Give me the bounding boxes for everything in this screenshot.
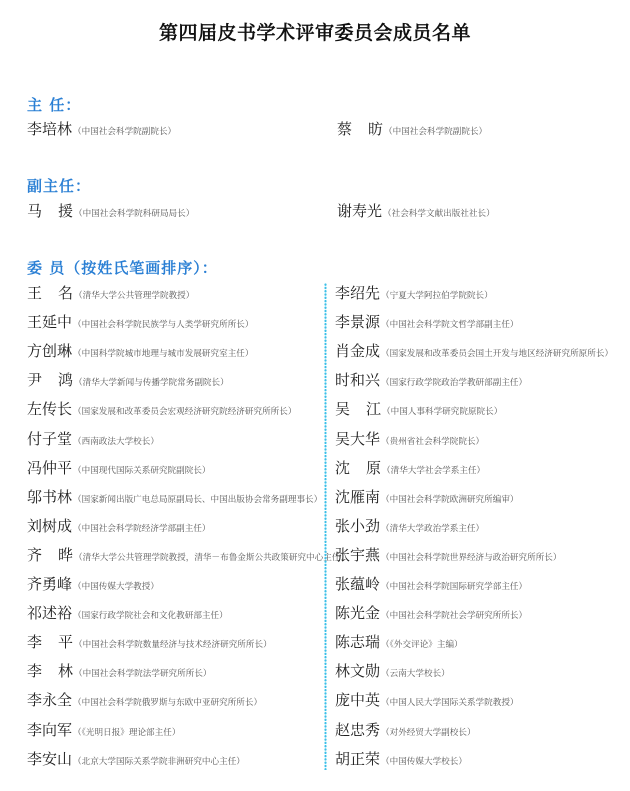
committee-member: 祁述裕（国家行政学院社会和文化教研部主任） (27, 602, 228, 623)
column-divider (324, 283, 327, 770)
member-role: （国家行政学院社会和文化教研部主任） (73, 609, 228, 621)
member-name: 李景源 (335, 311, 380, 332)
member-role: （国家发展和改革委员会宏观经济研究院经济研究所所长） (73, 405, 296, 417)
member-name: 张蕴岭 (335, 573, 380, 594)
member-name: 王延中 (27, 311, 72, 332)
member-role: （清华大学政治学系主任） (381, 522, 484, 534)
member-name: 左传长 (27, 398, 72, 419)
member-name: 李永全 (27, 689, 72, 710)
director-entry: 李培林 （中国社会科学院副院长） (27, 118, 176, 139)
member-name: 李安山 (27, 748, 72, 769)
member-role: （西南政法大学校长） (73, 435, 159, 447)
member-name: 胡正荣 (335, 748, 380, 769)
member-role: （北京大学国际关系学院非洲研究中心主任） (73, 755, 245, 767)
member-name: 李向军 (27, 719, 72, 740)
member-role: （中国人事科学研究院原院长） (382, 405, 502, 417)
committee-member: 吴江（中国人事科学研究院原院长） (335, 398, 502, 419)
member-role: （宁夏大学阿拉伯学院院长） (381, 289, 493, 301)
member-role: （中国人民大学国际关系学院教授） (381, 696, 519, 708)
member-name: 张宇燕 (335, 544, 380, 565)
member-name: 谢寿光 (337, 200, 382, 221)
committee-member: 齐勇峰（中国传媒大学教授） (27, 573, 159, 594)
committee-member: 李永全（中国社会科学院俄罗斯与东欧中亚研究所所长） (27, 689, 262, 710)
member-name: 李培林 (27, 118, 72, 139)
committee-member: 沈雁南（中国社会科学院欧洲研究所编审） (335, 486, 519, 507)
committee-member: 庞中英（中国人民大学国际关系学院教授） (335, 689, 519, 710)
member-role: （国家新闻出版广电总局原副局长、中国出版协会常务副理事长） (73, 493, 322, 505)
member-name: 方创琳 (27, 340, 72, 361)
member-role: （清华大学公共管理学院教授，清华－布鲁金斯公共政策研究中心主任） (74, 551, 349, 563)
member-role: （对外经贸大学副校长） (381, 726, 476, 738)
member-name: 冯仲平 (27, 457, 72, 478)
member-name: 齐勇峰 (27, 573, 72, 594)
member-name: 肖金成 (335, 340, 380, 361)
committee-heading: 委 员（按姓氏笔画排序）： (27, 257, 218, 278)
committee-member: 王名（清华大学公共管理学院教授） (27, 282, 194, 303)
committee-member: 胡正荣（中国传媒大学校长） (335, 748, 467, 769)
member-role: （中国社会科学院科研局局长） (74, 207, 194, 219)
committee-member: 李向军（《光明日报》理论部主任） (27, 719, 180, 740)
member-role: （中国社会科学院社会学研究所所长） (381, 609, 527, 621)
committee-member: 赵忠秀（对外经贸大学副校长） (335, 719, 476, 740)
committee-member: 齐晔（清华大学公共管理学院教授，清华－布鲁金斯公共政策研究中心主任） (27, 544, 349, 565)
member-name: 祁述裕 (27, 602, 72, 623)
member-role: （中国社会科学院民族学与人类学研究所所长） (73, 318, 253, 330)
member-role: （云南大学校长） (381, 667, 450, 679)
committee-member: 邬书林（国家新闻出版广电总局原副局长、中国出版协会常务副理事长） (27, 486, 322, 507)
member-role: （中国社会科学院法学研究所所长） (74, 667, 212, 679)
member-role: （中国社会科学院副院长） (384, 125, 487, 137)
member-role: （贵州省社会科学院院长） (381, 435, 484, 447)
member-role: （中国社会科学院俄罗斯与东欧中亚研究所所长） (73, 696, 262, 708)
page-title: 第四届皮书学术评审委员会成员名单 (0, 18, 630, 45)
member-role: （国家发展和改革委员会国土开发与地区经济研究所原所长） (381, 347, 613, 359)
member-name: 庞中英 (335, 689, 380, 710)
committee-member: 左传长（国家发展和改革委员会宏观经济研究院经济研究所所长） (27, 398, 296, 419)
director-entry: 蔡昉 （中国社会科学院副院长） (337, 118, 487, 139)
committee-member: 付子堂（西南政法大学校长） (27, 428, 159, 449)
member-role: （国家行政学院政治学教研部副主任） (381, 376, 527, 388)
committee-member: 陈光金（中国社会科学院社会学研究所所长） (335, 602, 527, 623)
committee-member: 冯仲平（中国现代国际关系研究院副院长） (27, 457, 211, 478)
committee-member: 张宇燕（中国社会科学院世界经济与政治研究所所长） (335, 544, 562, 565)
deputy-director-heading: 副主任： (27, 175, 91, 196)
member-name: 陈光金 (335, 602, 380, 623)
member-role: （中国社会科学院经济学部副主任） (73, 522, 211, 534)
committee-member: 沈原（清华大学社会学系主任） (335, 457, 485, 478)
committee-member: 王延中（中国社会科学院民族学与人类学研究所所长） (27, 311, 254, 332)
member-role: （清华大学新闻与传播学院常务副院长） (74, 376, 229, 388)
member-role: （中国社会科学院国际研究学部主任） (381, 580, 527, 592)
member-role: （中国社会科学院文哲学部副主任） (381, 318, 519, 330)
committee-member: 李绍先（宁夏大学阿拉伯学院院长） (335, 282, 493, 303)
member-role: （清华大学社会学系主任） (382, 464, 485, 476)
committee-member: 李安山（北京大学国际关系学院非洲研究中心主任） (27, 748, 245, 769)
member-name: 陈志瑞 (335, 631, 380, 652)
committee-member: 陈志瑞（《外交评论》主编） (335, 631, 463, 652)
member-role: （《外交评论》主编） (381, 638, 463, 650)
director-heading: 主 任： (27, 94, 81, 115)
committee-member: 张蕴岭（中国社会科学院国际研究学部主任） (335, 573, 527, 594)
member-name: 沈雁南 (335, 486, 380, 507)
committee-member: 尹鸿（清华大学新闻与传播学院常务副院长） (27, 369, 229, 390)
committee-member: 刘树成（中国社会科学院经济学部副主任） (27, 515, 211, 536)
committee-member: 时和兴（国家行政学院政治学教研部副主任） (335, 369, 527, 390)
committee-member: 林文勋（云南大学校长） (335, 660, 450, 681)
member-role: （中国社会科学院副院长） (73, 125, 176, 137)
member-role: （清华大学公共管理学院教授） (74, 289, 194, 301)
member-name: 吴大华 (335, 428, 380, 449)
member-name: 李绍先 (335, 282, 380, 303)
committee-member: 李林（中国社会科学院法学研究所所长） (27, 660, 212, 681)
member-role: （社会科学文献出版社社长） (383, 207, 495, 219)
member-role: （中国现代国际关系研究院副院长） (73, 464, 211, 476)
member-role: （《光明日报》理论部主任） (73, 726, 180, 738)
member-role: （中国传媒大学教授） (73, 580, 159, 592)
member-role: （中国社会科学院欧洲研究所编审） (381, 493, 519, 505)
member-name: 赵忠秀 (335, 719, 380, 740)
member-name: 时和兴 (335, 369, 380, 390)
committee-member: 李景源（中国社会科学院文哲学部副主任） (335, 311, 519, 332)
member-role: （中国社会科学院世界经济与政治研究所所长） (381, 551, 561, 563)
member-name: 林文勋 (335, 660, 380, 681)
committee-member: 肖金成（国家发展和改革委员会国土开发与地区经济研究所原所长） (335, 340, 613, 361)
committee-member: 吴大华（贵州省社会科学院院长） (335, 428, 484, 449)
deputy-director-entry: 谢寿光 （社会科学文献出版社社长） (337, 200, 495, 221)
committee-member: 方创琳（中国科学院城市地理与城市发展研究室主任） (27, 340, 254, 361)
member-name: 付子堂 (27, 428, 72, 449)
member-role: （中国科学院城市地理与城市发展研究室主任） (73, 347, 253, 359)
member-name: 邬书林 (27, 486, 72, 507)
member-name: 张小劲 (335, 515, 380, 536)
member-name: 刘树成 (27, 515, 72, 536)
deputy-director-entry: 马援 （中国社会科学院科研局局长） (27, 200, 194, 221)
member-role: （中国传媒大学校长） (381, 755, 467, 767)
committee-member: 张小劲（清华大学政治学系主任） (335, 515, 484, 536)
member-role: （中国社会科学院数量经济与技术经济研究所所长） (74, 638, 272, 650)
committee-member: 李平（中国社会科学院数量经济与技术经济研究所所长） (27, 631, 272, 652)
